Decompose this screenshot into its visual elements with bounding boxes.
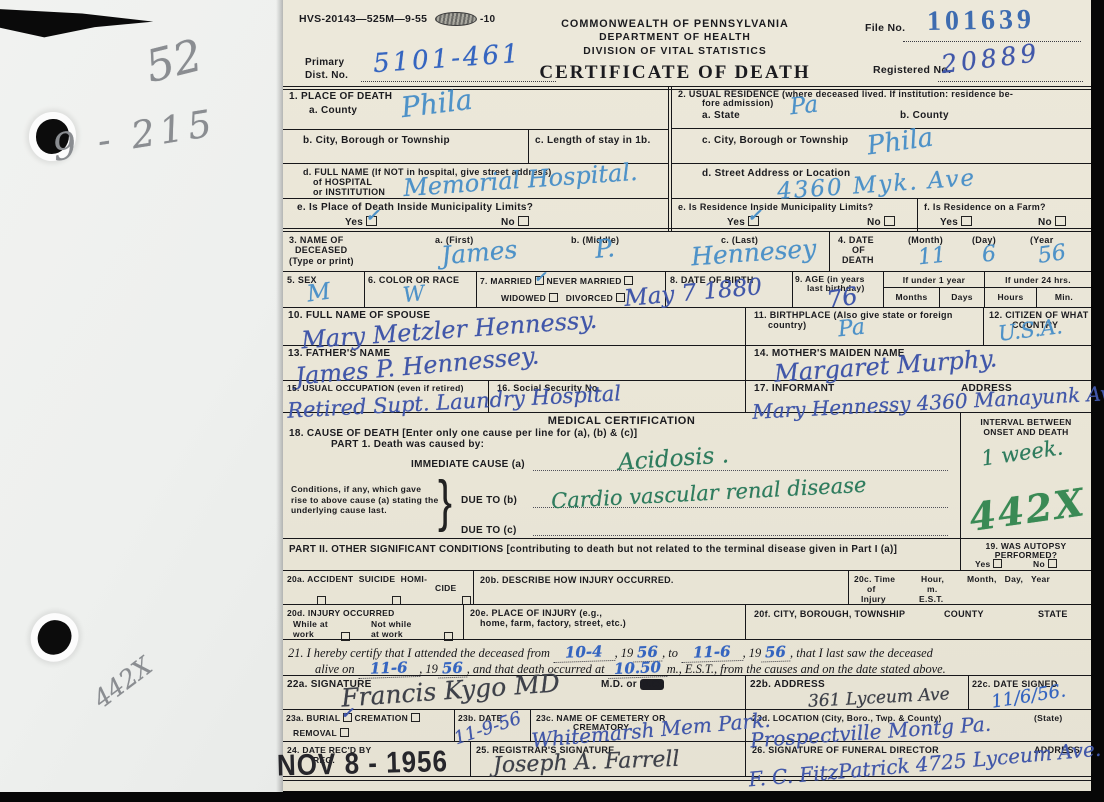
s9-under24-label: If under 24 hrs. <box>984 272 1091 287</box>
field-birthplace: 11. BIRTHPLACE (Also give state or forei… <box>745 308 983 345</box>
s25-signature-value: Joseph A. Farrell <box>493 747 680 778</box>
s4-month-value: 11 <box>917 243 947 271</box>
field-certify-statement: 21. I hereby certify that I attended the… <box>283 640 1091 675</box>
s1-county-value: Phila <box>399 83 474 124</box>
row-father-mother: 13. FATHER'S NAME James P. Hennessey. 14… <box>283 345 1091 380</box>
certify-text-5: , that I last saw the deceased <box>790 646 933 660</box>
s23a-cremation-checkbox <box>411 713 420 722</box>
row-physician: 22a. SIGNATURE M.D. or D.O. Francis Kygo… <box>283 675 1091 709</box>
field-date-of-birth: 8. DATE OF BIRTH May 7 1880 <box>665 272 792 307</box>
s23a-removal-checkbox <box>340 728 349 737</box>
s1-hospital-value: Memorial Hospital. <box>402 158 638 202</box>
primary-dist-label-1: Primary <box>305 57 348 70</box>
field-father: 13. FATHER'S NAME James P. Hennessey. <box>283 346 745 380</box>
certify-text-6: alive on <box>315 662 355 676</box>
s23a-line2: REMOVAL <box>293 728 349 739</box>
s23a-line1: 23a. BURIAL ✓ CREMATION <box>286 713 420 724</box>
field-describe-injury: 20b. DESCRIBE HOW INJURY OCCURRED. <box>473 571 848 604</box>
form-code-suffix: -10 <box>480 14 495 27</box>
certify-text-7: , 19 <box>419 662 438 676</box>
s4-year-value: 56 <box>1036 240 1067 269</box>
field-name-of-deceased: 3. NAME OF DECEASED (Type or print) a. (… <box>283 232 829 271</box>
s2-e-no-checkbox <box>884 216 895 226</box>
s2-state-value: Pa <box>789 92 820 121</box>
s20a-accident-label: ACCIDENT <box>307 574 353 584</box>
s20d-label: 20d. INJURY OCCURRED <box>287 608 395 619</box>
s19-yes: Yes <box>975 559 1002 570</box>
s20a-homicide-label1: HOMI- <box>401 574 428 584</box>
field-color-race: 6. COLOR OR RACE W <box>364 272 476 307</box>
s7-never-married-label: NEVER MARRIED <box>546 276 621 286</box>
field-occupation: 15. USUAL OCCUPATION (even if retired) R… <box>283 381 488 412</box>
s11-value: Pa <box>837 315 866 343</box>
field-autopsy: 19. WAS AUTOPSY PERFORMED? Yes No <box>960 539 1091 570</box>
s2-title2: fore admission) <box>702 98 774 109</box>
s7-married-checkbox: ✓ <box>535 276 544 285</box>
s9-min-label: Min. <box>1036 288 1091 308</box>
field-injury-city: 20f. CITY, BOROUGH, TOWNSHIP COUNTY STAT… <box>745 605 1091 639</box>
s9-months-label: Months <box>884 288 939 308</box>
s23a-burial-label: 23a. BURIAL <box>286 713 340 723</box>
s3-label2: DECEASED <box>295 245 347 256</box>
field-burial-type: 23a. BURIAL ✓ CREMATION REMOVAL <box>283 710 454 741</box>
s1-a-label: a. County <box>309 105 357 118</box>
s20f-county-label: COUNTY <box>944 609 984 620</box>
primary-dist-label: Primary Dist. No. <box>305 57 348 82</box>
s7-never-married-checkbox <box>624 276 633 285</box>
s18-dueto-b-label: DUE TO (b) <box>461 495 517 508</box>
commonwealth-line: COMMONWEALTH OF PENNSYLVANIA <box>515 18 835 31</box>
seal-icon <box>435 12 477 26</box>
s3-label3: (Type or print) <box>289 256 354 267</box>
certificate-form: HVS-20143—525M—9-55 -10 COMMONWEALTH OF … <box>283 0 1091 791</box>
s20b-label: 20b. DESCRIBE HOW INJURY OCCURRED. <box>480 575 674 586</box>
s5-value: M <box>305 278 332 307</box>
s1-e-no-label: No <box>501 217 515 228</box>
s7-widowed: WIDOWED DIVORCED <box>501 293 625 304</box>
field-part2: PART II. OTHER SIGNIFICANT CONDITIONS [c… <box>283 539 960 570</box>
field-usual-residence: 2. USUAL RESIDENCE (where deceased lived… <box>668 87 1091 231</box>
field-date-received: 24. DATE REC'D BY REG. NOV 8 - 1956 <box>283 742 470 776</box>
hole-punch-bottom <box>33 615 76 659</box>
s18-dueto-c-label: DUE TO (c) <box>461 525 517 538</box>
row-part2-autopsy: PART II. OTHER SIGNIFICANT CONDITIONS [c… <box>283 538 1091 570</box>
s1-b-label: b. City, Borough or Township <box>303 135 450 148</box>
file-no-label: File No. <box>865 22 905 35</box>
s2-f-no-checkbox <box>1055 216 1066 226</box>
s2-f-label: f. Is Residence on a Farm? <box>924 202 1046 213</box>
field-place-of-death: 1. PLACE OF DEATH a. County Phila b. Cit… <box>283 87 668 231</box>
field-date-of-death: 4. DATE OF DEATH (Month) (Day) (Year 11 … <box>829 232 1091 271</box>
field-physician-address: 22b. ADDRESS 361 Lyceum Ave <box>745 676 968 709</box>
s23d-state-label: (State) <box>1034 713 1063 724</box>
field-mother: 14. MOTHER'S MAIDEN NAME Margaret Murphy… <box>745 346 1091 380</box>
s7-widowed-checkbox <box>549 293 558 302</box>
field-cemetery-location: 23d. LOCATION (City, Boro., Twp. & Count… <box>745 710 1091 741</box>
form-code: HVS-20143—525M—9-55 <box>299 13 427 26</box>
scanned-death-certificate: 52 9 - 215 442X HVS-20143—525M—9-55 -10 … <box>0 0 1104 802</box>
scan-artifact <box>0 4 158 38</box>
s19-no: No <box>1033 559 1057 570</box>
s2-f-yes-checkbox <box>961 216 972 226</box>
s20f-state-label: STATE <box>1038 609 1068 620</box>
s4-label3: DEATH <box>842 255 874 266</box>
s2-b-label: b. County <box>900 110 949 123</box>
header-center: COMMONWEALTH OF PENNSYLVANIA DEPARTMENT … <box>515 18 835 84</box>
s2-e-label: e. Is Residence Inside Municipality Limi… <box>678 202 873 213</box>
s7-divorced-label: DIVORCED <box>566 293 613 303</box>
s6-value: W <box>402 281 426 307</box>
s2-f-no-label: No <box>1038 217 1052 228</box>
s20c-mdy-label: Month, Day, Year <box>967 574 1050 585</box>
s23a-cremation-label: CREMATION <box>355 713 409 723</box>
s9-under1-label: If under 1 year <box>884 272 984 287</box>
s18-code-value: 442X <box>966 479 1088 540</box>
certify-text-9: m., E.S.T., from the causes and on the d… <box>667 662 946 676</box>
s2-city-value: Phila <box>865 123 935 162</box>
s2-f-yes-label: Yes <box>940 217 958 228</box>
s18-conditions-note: Conditions, if any, which gave rise to a… <box>291 484 439 516</box>
pencil-note-9-215: 9 - 215 <box>50 101 220 169</box>
s3-last-value: Hennesey <box>690 234 817 272</box>
field-date-signed: 22c. DATE SIGNED 11/6/56. <box>968 676 1091 709</box>
s4-day-value: 6 <box>981 241 998 267</box>
row-accident: 20a. ACCIDENT SUICIDE HOMI- CIDE 20b. DE… <box>283 570 1091 604</box>
s3-first-value: James <box>440 235 519 271</box>
field-registrar-signature: 25. REGISTRAR'S SIGNATURE Joseph A. Farr… <box>470 742 745 776</box>
department-line: DEPARTMENT OF HEALTH <box>515 32 835 45</box>
field-place-of-injury: 20e. PLACE OF INJURY (e.g., home, farm, … <box>463 605 745 639</box>
field-physician-signature: 22a. SIGNATURE M.D. or D.O. Francis Kygo… <box>283 676 745 709</box>
row-burial: 23a. BURIAL ✓ CREMATION REMOVAL 23b. DAT… <box>283 709 1091 741</box>
s19-no-checkbox <box>1048 559 1057 568</box>
field-spouse: 10. FULL NAME OF SPOUSE Mary Metzler Hen… <box>283 308 745 345</box>
s18-brace: } <box>438 469 452 534</box>
page-title: CERTIFICATE OF DEATH <box>515 62 835 84</box>
s20a-num: 20a. <box>287 574 305 584</box>
s1-e-yes-label: Yes <box>345 217 363 228</box>
s18-immediate-label: IMMEDIATE CAUSE (a) <box>411 459 525 472</box>
field-cemetery: 23c. NAME OF CEMETERY OR CREMATORY White… <box>530 710 745 741</box>
primary-dist-label-2: Dist. No. <box>305 70 348 83</box>
s18-interval-label2: ONSET AND DEATH <box>961 427 1091 438</box>
pencil-note-52: 52 <box>141 30 208 93</box>
row-certify: 21. I hereby certify that I attended the… <box>283 639 1091 675</box>
s9-hours-label: Hours <box>984 288 1036 308</box>
s23a-removal-label: REMOVAL <box>293 728 337 738</box>
s2-e-yes-checkbox: ✓ <box>748 216 759 226</box>
s20a-suicide-label: SUICIDE <box>359 574 396 584</box>
certify-text-4: , 19 <box>743 646 762 660</box>
s3-middle-value: P. <box>594 233 616 264</box>
pencil-note-442x: 442X <box>88 651 158 714</box>
s1-e-label: e. Is Place of Death Inside Municipality… <box>297 202 533 215</box>
row-cause-of-death: MEDICAL CERTIFICATION 18. CAUSE OF DEATH… <box>283 412 1091 538</box>
s22a-md-label: M.D. or <box>601 679 637 690</box>
s7-widowed-label: WIDOWED <box>501 293 546 303</box>
s18-interval-value: 1 week. <box>980 435 1065 470</box>
s11-label2: country) <box>768 320 806 331</box>
field-age-subcolumns: If under 1 year If under 24 hrs. Months … <box>883 272 1091 307</box>
file-no-value: 101639 <box>927 4 1036 38</box>
s22a-do-struck: D.O. <box>640 679 664 690</box>
s22b-label: 22b. ADDRESS <box>750 679 825 692</box>
s22a-md-do: M.D. or D.O. <box>601 679 664 692</box>
row-spouse-birthplace: 10. FULL NAME OF SPOUSE Mary Metzler Hen… <box>283 307 1091 345</box>
s2-c-label: c. City, Borough or Township <box>702 135 848 148</box>
s20a-homicide-label2: CIDE <box>435 583 457 594</box>
s7-married: 7. MARRIED ✓ NEVER MARRIED <box>480 276 633 287</box>
s19-no-label: No <box>1033 559 1045 569</box>
s18-part1-label: PART 1. Death was caused by: <box>331 439 484 452</box>
s9-days-label: Days <box>939 288 984 308</box>
row-sex-race-marital: 5. SEX M 6. COLOR OR RACE W 7. MARRIED ✓… <box>283 271 1091 307</box>
s22a-signature-value: Francis Kygo MD <box>340 668 560 712</box>
s1-c-label: c. Length of stay in 1b. <box>535 135 651 148</box>
field-citizen: 12. CITIZEN OF WHAT COUNTRY U.S.A. <box>983 308 1091 345</box>
s19-yes-label: Yes <box>975 559 991 569</box>
left-page-margin: 52 9 - 215 442X <box>0 0 283 792</box>
field-sex: 5. SEX M <box>283 272 364 307</box>
s7-married-label: 7. MARRIED <box>480 276 532 286</box>
s1-title: 1. PLACE OF DEATH <box>289 91 392 104</box>
field-interval: INTERVAL BETWEEN ONSET AND DEATH 1 week.… <box>960 413 1091 538</box>
s2-e-yes-label: Yes <box>727 217 745 228</box>
s22b-address-value: 361 Lyceum Ave <box>808 684 951 711</box>
certify-text-2: , 19 <box>615 646 634 660</box>
s1-e-no-checkbox <box>518 216 529 226</box>
row-injury-place: 20d. INJURY OCCURRED While at work Not w… <box>283 604 1091 639</box>
field-burial-date: 23b. DATE 11-9-56 <box>454 710 530 741</box>
s1-e-yes-checkbox: ✓ <box>366 216 377 226</box>
field-time-of-injury: 20c. Time of Injury Hour, m. E.S.T. Mont… <box>848 571 1091 604</box>
s2-e-no-label: No <box>867 217 881 228</box>
s20f-city-label: 20f. CITY, BOROUGH, TOWNSHIP <box>754 609 905 620</box>
field-injury-occurred: 20d. INJURY OCCURRED While at work Not w… <box>283 605 463 639</box>
s20a-line1: 20a. ACCIDENT SUICIDE HOMI- <box>287 574 427 585</box>
s2-a-label: a. State <box>702 110 740 123</box>
row-registrar: 24. DATE REC'D BY REG. NOV 8 - 1956 25. … <box>283 741 1091 776</box>
s23a-burial-checkbox: ✓ <box>343 713 352 722</box>
s1-d-label3: or INSTITUTION <box>313 187 385 198</box>
division-line: DIVISION OF VITAL STATISTICS <box>515 46 835 59</box>
row-occupation-informant: 15. USUAL OCCUPATION (even if retired) R… <box>283 380 1091 412</box>
s7-married-tick: ✓ <box>534 270 547 285</box>
field-age: 9. AGE (in years last birthday) 76 <box>792 272 883 307</box>
date-received-stamp: NOV 8 - 1956 <box>277 743 449 783</box>
s19-yes-checkbox <box>993 559 1002 568</box>
row-name-dod: 3. NAME OF DECEASED (Type or print) a. (… <box>283 231 1091 271</box>
row-place-residence: 1. PLACE OF DEATH a. County Phila b. Cit… <box>283 86 1091 231</box>
part2-text: PART II. OTHER SIGNIFICANT CONDITIONS [c… <box>289 544 954 556</box>
field-cause-of-death: MEDICAL CERTIFICATION 18. CAUSE OF DEATH… <box>283 413 960 538</box>
field-accident-type: 20a. ACCIDENT SUICIDE HOMI- CIDE <box>283 571 473 604</box>
s20e-label2: home, farm, factory, street, etc.) <box>480 618 626 629</box>
